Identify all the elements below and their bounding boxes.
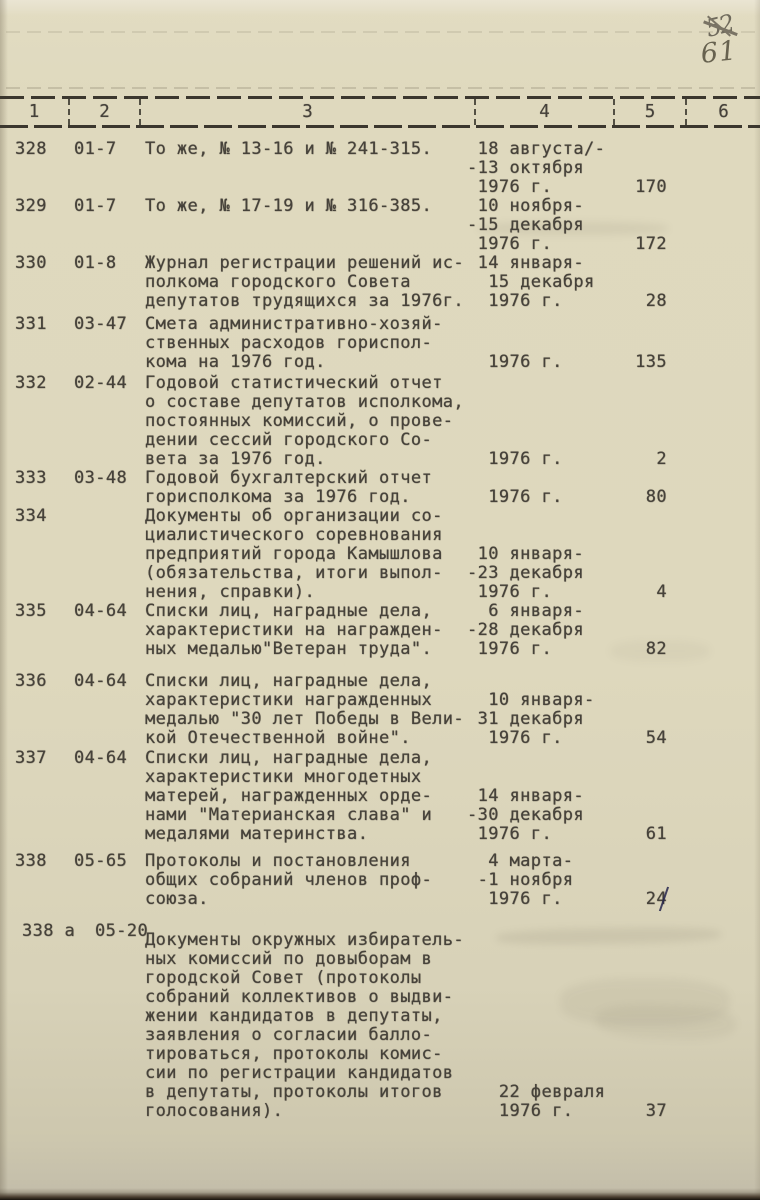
index-cell: 05-20: [68, 922, 145, 1121]
sheet-count-cell: 4: [625, 507, 667, 602]
entry-number-cell: 328: [0, 140, 68, 197]
index-code: 03-47: [74, 315, 145, 334]
sheet-count: 54: [646, 729, 667, 748]
table-row: 332 02-44 Годовой статистический отчет о…: [0, 374, 760, 469]
index-cell: 04-64: [68, 602, 145, 659]
index-code: 04-64: [74, 602, 145, 621]
table-row: 336 04-64 Списки лиц, наградные дела, ха…: [0, 672, 760, 748]
entry-title: Документы об организации со- циалистичес…: [145, 507, 467, 602]
entry-title: Смета административно-хозяй- ственных ра…: [145, 315, 467, 372]
table-row: 338 а 05-20 Документы окружных избирател…: [0, 922, 760, 1121]
column-header-5: 5: [613, 99, 685, 125]
table-row: 331 03-47 Смета административно-хозяй- с…: [0, 315, 760, 372]
index-cell: 02-44: [68, 374, 145, 469]
entry-dates: 10 января- 31 декабря 1976 г.: [467, 691, 595, 748]
dates-cell: 10 ноября- -15 декабря 1976 г.: [467, 197, 625, 254]
title-cell: Списки лиц, наградные дела, характеристи…: [145, 749, 467, 844]
entry-title: Годовой бухгалтерский отчет горисполкома…: [145, 469, 467, 507]
title-cell: Списки лиц, наградные дела, характеристи…: [145, 672, 467, 748]
sheet-count: 37: [646, 1102, 667, 1121]
sheet-count-cell: 80: [625, 469, 667, 507]
title-cell: Списки лиц, наградные дела, характеристи…: [145, 602, 467, 659]
entry-number-cell: 338: [0, 852, 68, 909]
title-cell: Протоколы и постановления общих собраний…: [145, 852, 467, 909]
sheet-count: 28: [646, 292, 667, 311]
entry-dates: 1976 г.: [467, 450, 563, 469]
entry-title: Списки лиц, наградные дела, характеристи…: [145, 602, 467, 659]
sheet-count-cell: 54: [625, 672, 667, 748]
title-cell: Журнал регистрации решений ис- полкома г…: [145, 254, 467, 311]
dates-cell: 22 февраля 1976 г.: [467, 922, 625, 1121]
faint-ruled-line: [6, 87, 756, 89]
table-row: 338 05-65 Протоколы и постановления общи…: [0, 852, 760, 909]
title-cell: Документы окружных избиратель- ных комис…: [145, 922, 467, 1121]
entry-dates: 22 февраля 1976 г.: [467, 1083, 605, 1121]
index-cell: 03-48: [68, 469, 145, 507]
sheet-count: 80: [646, 488, 667, 507]
column-header-6: 6: [685, 99, 760, 125]
index-cell: 01-8: [68, 254, 145, 311]
sheet-count: 135: [635, 353, 667, 372]
entry-dates: 14 января- 15 декабря 1976 г.: [467, 254, 595, 311]
entry-number-cell: 335: [0, 602, 68, 659]
dates-cell: 18 августа/- -13 октября 1976 г.: [467, 140, 625, 197]
sheet-count: 172: [635, 235, 667, 254]
entry-number: 328: [15, 140, 68, 159]
entry-dates: 4 марта- -1 ноября 1976 г.: [467, 852, 573, 909]
index-code: 01-7: [74, 197, 145, 216]
index-code: 05-65: [74, 852, 145, 871]
entry-title: То же, № 13-16 и № 241-315.: [145, 140, 467, 159]
entry-number: 333: [15, 469, 68, 488]
entry-number: 329: [15, 197, 68, 216]
entry-number: 332: [15, 374, 68, 393]
sheet-count: 2: [656, 450, 667, 469]
dates-cell: 14 января- -30 декабря 1976 г.: [467, 749, 625, 844]
dates-cell: 10 января- 31 декабря 1976 г.: [467, 672, 625, 748]
scanned-document-page: 52 61 1 2 3 4 5 6 328 01-7 То же, № 13-1…: [0, 0, 760, 1200]
sheet-count: 4: [656, 583, 667, 602]
sheet-count: 82: [646, 640, 667, 659]
index-code: 05-20: [95, 922, 145, 941]
entry-number: 335: [15, 602, 68, 621]
title-cell: Годовой статистический отчет о составе д…: [145, 374, 467, 469]
table-row: 333 03-48 Годовой бухгалтерский отчет го…: [0, 469, 760, 507]
index-cell: 04-64: [68, 672, 145, 748]
index-cell: 04-64: [68, 749, 145, 844]
column-header-4: 4: [474, 99, 613, 125]
entry-number: 331: [15, 315, 68, 334]
sheet-count: 24: [646, 890, 667, 909]
entry-number-cell: 338 а: [0, 922, 68, 1121]
index-cell: 01-7: [68, 197, 145, 254]
entry-number: 336: [15, 672, 68, 691]
entry-number-cell: 329: [0, 197, 68, 254]
paper-bottom-edge: [0, 1188, 760, 1200]
title-cell: То же, № 17-19 и № 316-385.: [145, 197, 467, 254]
entry-title: Списки лиц, наградные дела, характеристи…: [145, 672, 467, 748]
sheet-count-cell: 37: [625, 922, 667, 1121]
sheet-count-cell: 24: [625, 852, 667, 909]
entry-title: Документы окружных избиратель- ных комис…: [145, 931, 467, 1121]
dates-cell: 1976 г.: [467, 469, 625, 507]
table-row: 337 04-64 Списки лиц, наградные дела, ха…: [0, 749, 760, 844]
index-cell: 01-7: [68, 140, 145, 197]
header-cells: 1 2 3 4 5 6: [0, 99, 760, 125]
entry-number: 338: [15, 852, 68, 871]
title-cell: Смета административно-хозяй- ственных ра…: [145, 315, 467, 372]
title-cell: Документы об организации со- циалистичес…: [145, 507, 467, 602]
entry-dates: 18 августа/- -13 октября 1976 г.: [467, 140, 605, 197]
index-cell: 03-47: [68, 315, 145, 372]
entry-dates: 14 января- -30 декабря 1976 г.: [467, 787, 584, 844]
entry-number: 338 а: [22, 922, 68, 941]
index-cell: 05-65: [68, 852, 145, 909]
sheet-count-cell: 28: [625, 254, 667, 311]
entry-number: 334: [15, 507, 68, 526]
table-row: 330 01-8 Журнал регистрации решений ис- …: [0, 254, 760, 311]
index-cell: [68, 507, 145, 602]
table-row: 328 01-7 То же, № 13-16 и № 241-315. 18 …: [0, 140, 760, 197]
sheet-count-cell: 61: [625, 749, 667, 844]
table-body: 328 01-7 То же, № 13-16 и № 241-315. 18 …: [0, 140, 760, 1121]
entry-dates: 1976 г.: [467, 488, 563, 507]
sheet-count: 61: [646, 825, 667, 844]
dates-cell: 14 января- 15 декабря 1976 г.: [467, 254, 625, 311]
dates-cell: 1976 г.: [467, 315, 625, 372]
entry-dates: 1976 г.: [467, 353, 563, 372]
table-row: 329 01-7 То же, № 17-19 и № 316-385. 10 …: [0, 197, 760, 254]
entry-dates: 10 ноября- -15 декабря 1976 г.: [467, 197, 584, 254]
entry-number-cell: 334: [0, 507, 68, 602]
table-row: 334 Документы об организации со- циалист…: [0, 507, 760, 602]
entry-dates: 10 января- -23 декабря 1976 г.: [467, 545, 584, 602]
column-header-2: 2: [68, 99, 139, 125]
dates-cell: 4 марта- -1 ноября 1976 г.: [467, 852, 625, 909]
handwritten-page-number: 61: [685, 37, 753, 70]
index-code: 04-64: [74, 672, 145, 691]
index-code: 01-7: [74, 140, 145, 159]
sheet-count-cell: 172: [625, 197, 667, 254]
sheet-count-cell: 135: [625, 315, 667, 372]
entry-number-cell: 333: [0, 469, 68, 507]
entry-title: Годовой статистический отчет о составе д…: [145, 374, 467, 469]
table-row: 335 04-64 Списки лиц, наградные дела, ха…: [0, 602, 760, 659]
faint-ruled-line: [6, 31, 756, 33]
entry-number-cell: 330: [0, 254, 68, 311]
entry-number-cell: 332: [0, 374, 68, 469]
entry-number: 330: [15, 254, 68, 273]
column-header-1: 1: [0, 99, 68, 125]
title-cell: То же, № 13-16 и № 241-315.: [145, 140, 467, 197]
entry-dates: 6 января- -28 декабря 1976 г.: [467, 602, 584, 659]
entry-number-cell: 336: [0, 672, 68, 748]
sheet-count-cell: 82: [625, 602, 667, 659]
sheet-count-cell: 2: [625, 374, 667, 469]
dates-cell: 6 января- -28 декабря 1976 г.: [467, 602, 625, 659]
corner-annotations: 52 61: [686, 14, 752, 66]
table-header: 1 2 3 4 5 6: [0, 96, 760, 128]
header-bottom-rule: [0, 125, 760, 128]
dates-cell: 1976 г.: [467, 374, 625, 469]
index-code: 03-48: [74, 469, 145, 488]
index-code: 04-64: [74, 749, 145, 768]
column-header-3: 3: [139, 99, 474, 125]
entry-number: 337: [15, 749, 68, 768]
entry-title: Протоколы и постановления общих собраний…: [145, 852, 467, 909]
sheet-count: 170: [635, 178, 667, 197]
entry-number-cell: 331: [0, 315, 68, 372]
index-code: 01-8: [74, 254, 145, 273]
index-code: 02-44: [74, 374, 145, 393]
entry-title: Списки лиц, наградные дела, характеристи…: [145, 749, 467, 844]
entry-number-cell: 337: [0, 749, 68, 844]
dates-cell: 10 января- -23 декабря 1976 г.: [467, 507, 625, 602]
entry-title: Журнал регистрации решений ис- полкома г…: [145, 254, 467, 311]
title-cell: Годовой бухгалтерский отчет горисполкома…: [145, 469, 467, 507]
entry-title: То же, № 17-19 и № 316-385.: [145, 197, 467, 216]
sheet-count-cell: 170: [625, 140, 667, 197]
